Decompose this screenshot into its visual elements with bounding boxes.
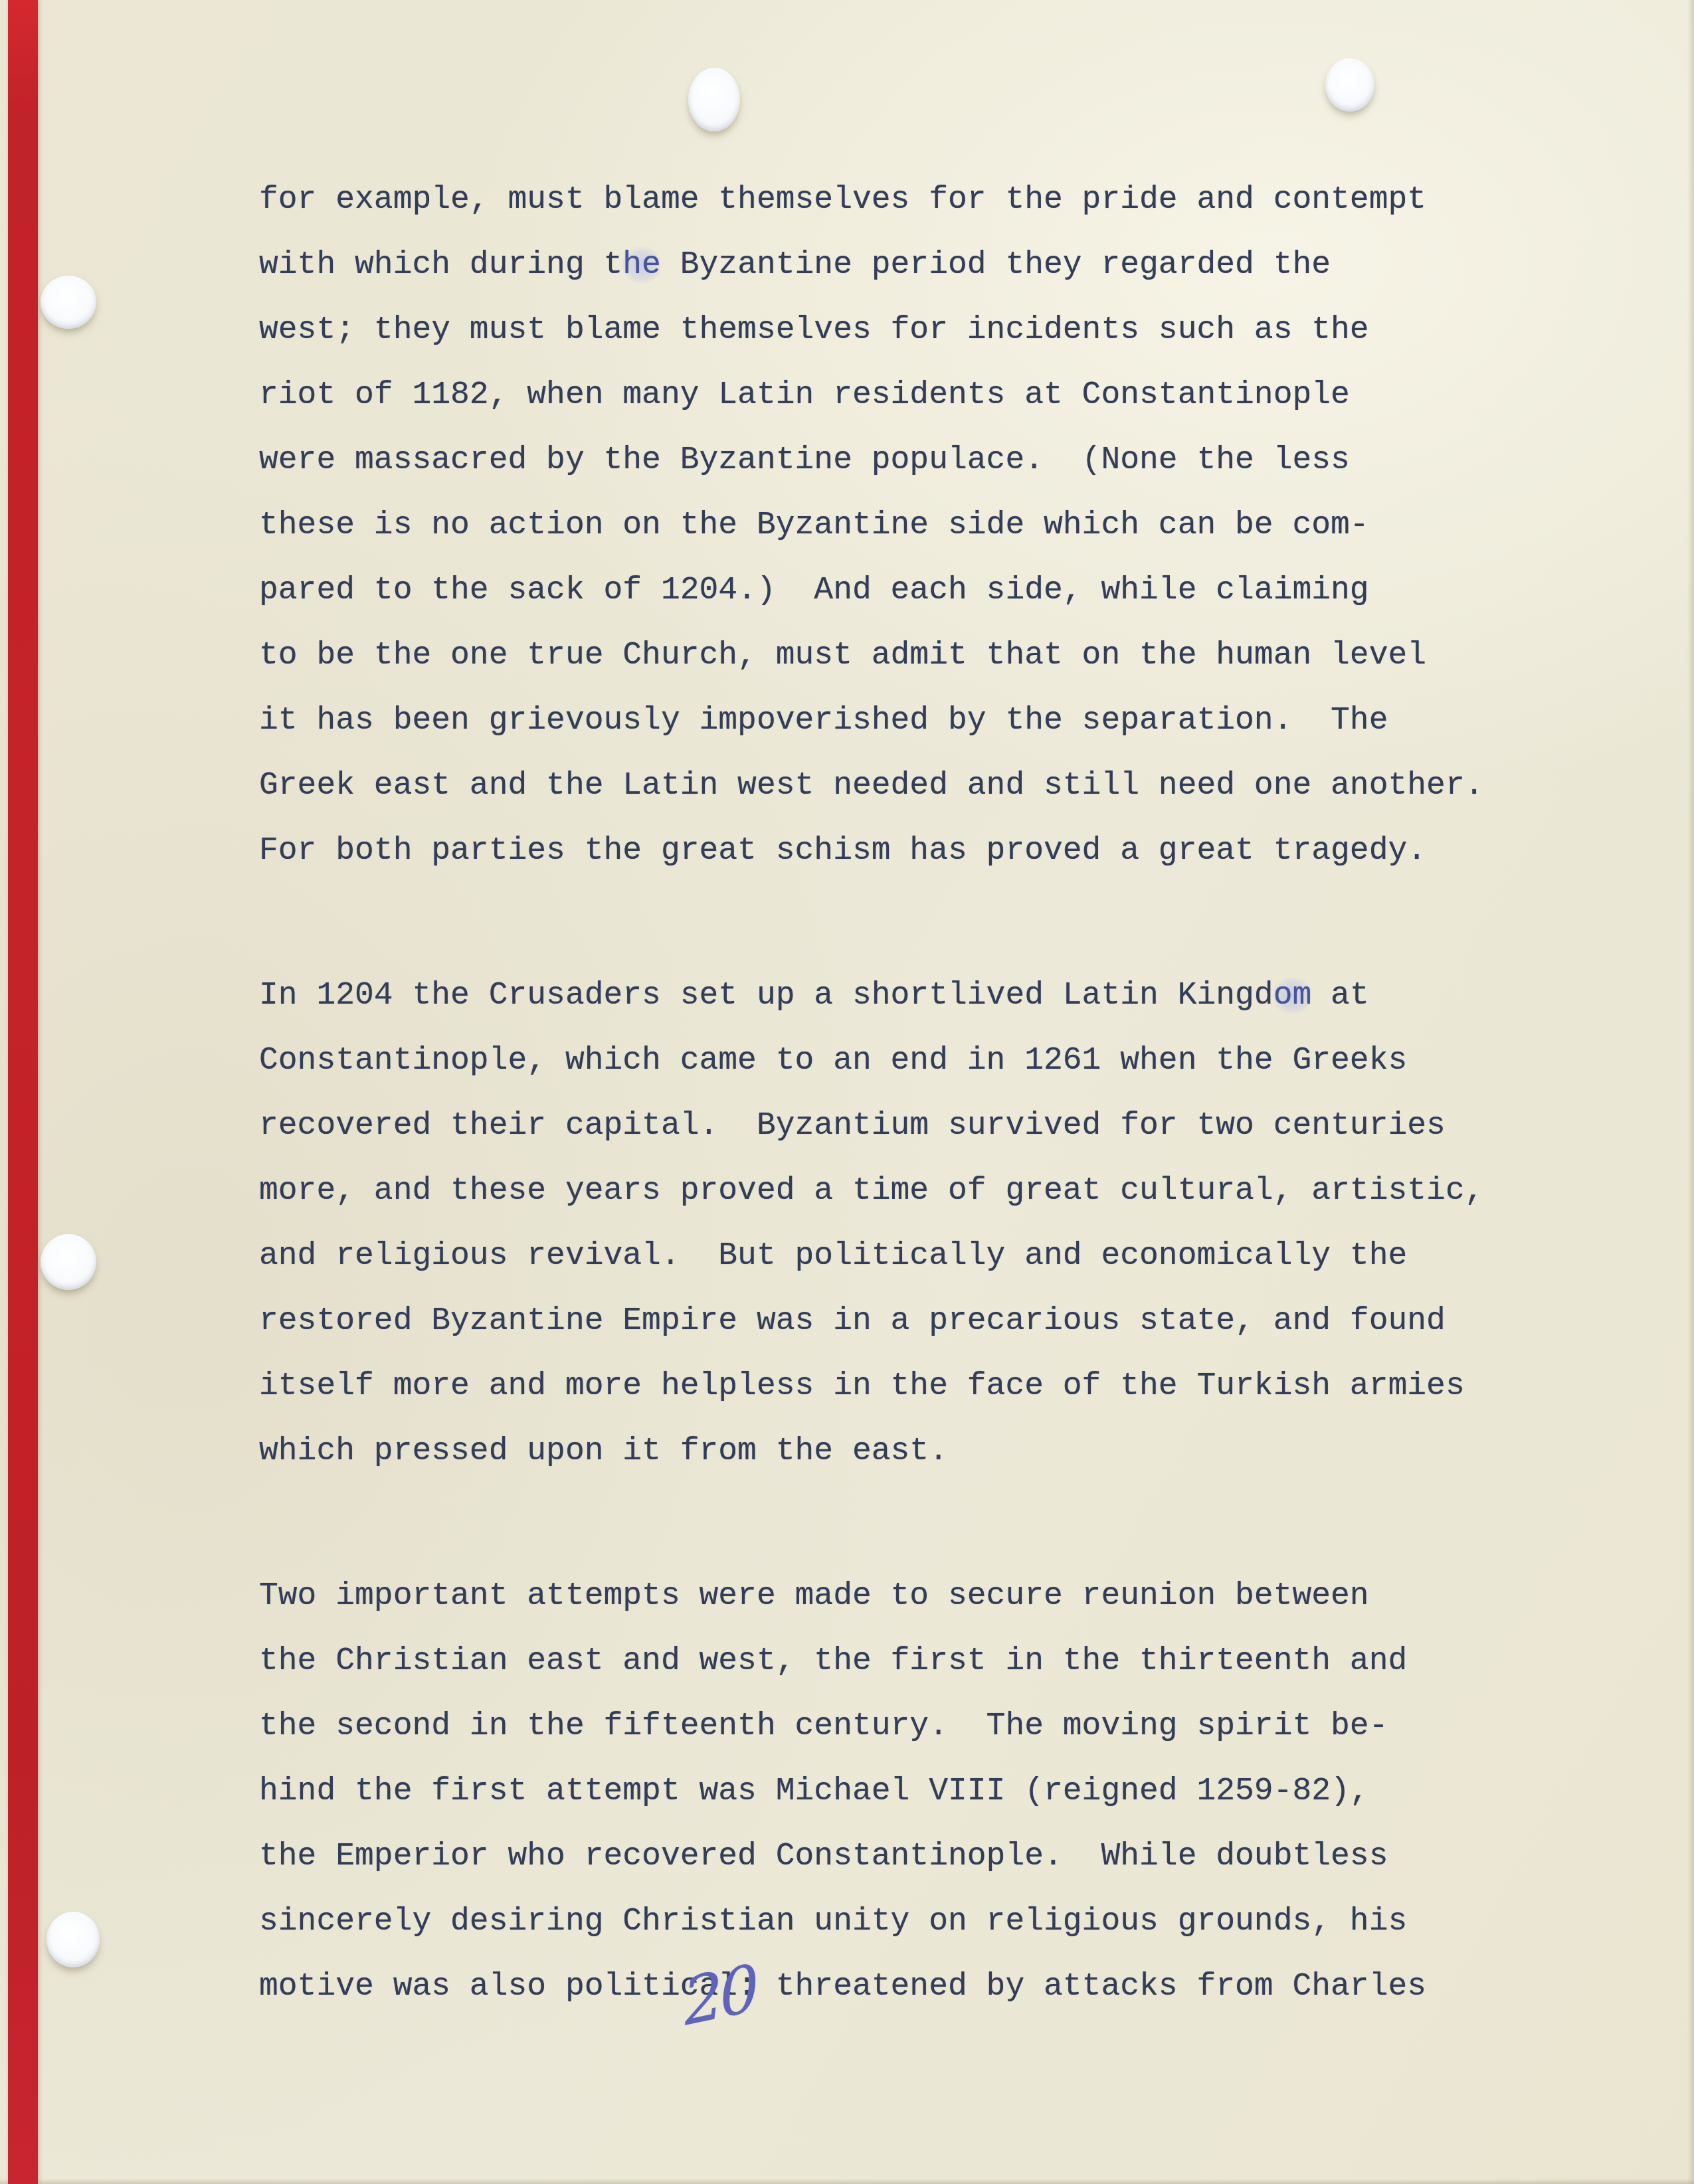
scan-right-edge-shadow [1687,0,1694,2184]
text-line: to be the one true Church, must admit th… [259,623,1574,688]
text-line: riot of 1182, when many Latin residents … [259,363,1574,428]
text-line: it has been grievously impoverished by t… [259,688,1574,753]
punch-hole-icon [41,276,96,329]
punch-hole-icon [47,1912,100,1967]
text-line: the Emperior who recovered Constantinopl… [259,1824,1574,1889]
text-line: the Christian east and west, the first i… [259,1629,1574,1694]
text-line: recovered their capital. Byzantium survi… [259,1093,1574,1158]
text-line: more, and these years proved a time of g… [259,1158,1574,1224]
text-line: the second in the fifteenth century. The… [259,1694,1574,1759]
text-line: Constantinople, which came to an end in … [259,1028,1574,1093]
text-line: In 1204 the Crusaders set up a shortlive… [259,963,1574,1028]
text-line: restored Byzantine Empire was in a preca… [259,1289,1574,1354]
typewritten-text: for example, must blame themselves for t… [259,167,1574,2099]
text-line: these is no action on the Byzantine side… [259,493,1574,558]
text-line: itself more and more helpless in the fac… [259,1354,1574,1419]
text-line: and religious revival. But politically a… [259,1224,1574,1289]
punch-hole-icon [688,68,740,132]
ink-correction-mark: om [1273,978,1312,1014]
paragraph: for example, must blame themselves for t… [259,167,1574,883]
text-line: Greek east and the Latin west needed and… [259,753,1574,818]
text-line: were massacred by the Byzantine populace… [259,428,1574,493]
text-line: for example, must blame themselves for t… [259,167,1574,232]
paragraph: In 1204 the Crusaders set up a shortlive… [259,963,1574,1484]
scan-bottom-edge-shadow [0,2179,1694,2184]
text-line: pared to the sack of 1204.) And each sid… [259,558,1574,623]
paragraph: Two important attempts were made to secu… [259,1564,1574,2019]
text-line: For both parties the great schism has pr… [259,818,1574,883]
text-line: motive was also political: threatened by… [259,1954,1574,2019]
text-line: sincerely desiring Christian unity on re… [259,1889,1574,1954]
scan-top-edge [0,0,1694,4]
text-line: with which during the Byzantine period t… [259,232,1574,298]
text-line: Two important attempts were made to secu… [259,1564,1574,1629]
scanned-document-page: for example, must blame themselves for t… [0,0,1694,2184]
text-line: west; they must blame themselves for inc… [259,298,1574,363]
punch-hole-icon [41,1234,96,1290]
punch-hole-icon [1325,58,1374,112]
text-line: hind the first attempt was Michael VIII … [259,1759,1574,1824]
text-line: which pressed upon it from the east. [259,1419,1574,1484]
ink-correction-mark: he [622,247,661,283]
handwritten-page-number: 20 [681,1950,758,2041]
red-binding-edge [8,0,38,2184]
